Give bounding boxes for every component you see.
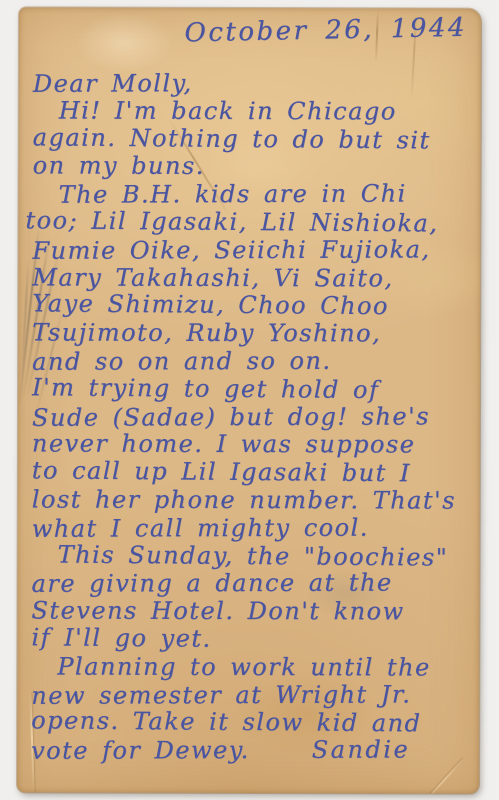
letter-line: are giving a dance at the bbox=[31, 570, 471, 599]
letter-line: new semester at Wright Jr. bbox=[31, 681, 471, 710]
letter-line: opens. Take it slow kid and bbox=[31, 708, 471, 739]
letter-line: on my buns. bbox=[33, 153, 473, 182]
letter-line: Mary Takahashi, Vi Saito, bbox=[32, 264, 472, 293]
letter-line: This Sunday, the "boochies" bbox=[31, 541, 471, 572]
postcard: October 26, 1944 Dear Molly,Hi! I'm back… bbox=[17, 7, 481, 793]
letter-line: to call up Lil Igasaki but I bbox=[32, 457, 472, 488]
scan-background: October 26, 1944 Dear Molly,Hi! I'm back… bbox=[0, 0, 499, 800]
letter-line: vote for Dewey.Sandie bbox=[31, 736, 471, 765]
letter-line: Stevens Hotel. Don't know bbox=[31, 598, 471, 627]
letter-line: Tsujimoto, Ruby Yoshino, bbox=[32, 320, 472, 349]
letter-line: The B.H. kids are in Chi bbox=[32, 180, 472, 209]
letter-line: never home. I was suppose bbox=[32, 431, 472, 460]
letter-line: too; Lil Igasaki, Lil Nishioka, bbox=[25, 207, 472, 238]
letter: October 26, 1944 Dear Molly,Hi! I'm back… bbox=[31, 15, 473, 765]
letter-body: Dear Molly,Hi! I'm back in Chicagoagain.… bbox=[31, 69, 473, 765]
letter-line: again. Nothing to do but sit bbox=[33, 124, 473, 155]
letter-line: Planning to work until the bbox=[31, 653, 471, 682]
letter-line: Sude (Sadae) but dog! she's bbox=[32, 403, 472, 432]
letter-line: what I call mighty cool. bbox=[32, 514, 472, 543]
letter-line: Fumie Oike, Seiichi Fujioka, bbox=[32, 236, 472, 265]
letter-line: Yaye Shimizu, Choo Choo bbox=[32, 291, 472, 322]
letter-line: Hi! I'm back in Chicago bbox=[33, 97, 473, 126]
date-line: October 26, 1944 bbox=[33, 12, 474, 53]
letter-line: I'm trying to get hold of bbox=[32, 374, 472, 405]
signature: Sandie bbox=[312, 737, 411, 765]
letter-line: if I'll go yet. bbox=[31, 624, 471, 655]
letter-line: Dear Molly, bbox=[33, 69, 473, 98]
letter-line: lost her phone number. That's bbox=[32, 486, 472, 515]
letter-line: and so on and so on. bbox=[32, 347, 472, 376]
